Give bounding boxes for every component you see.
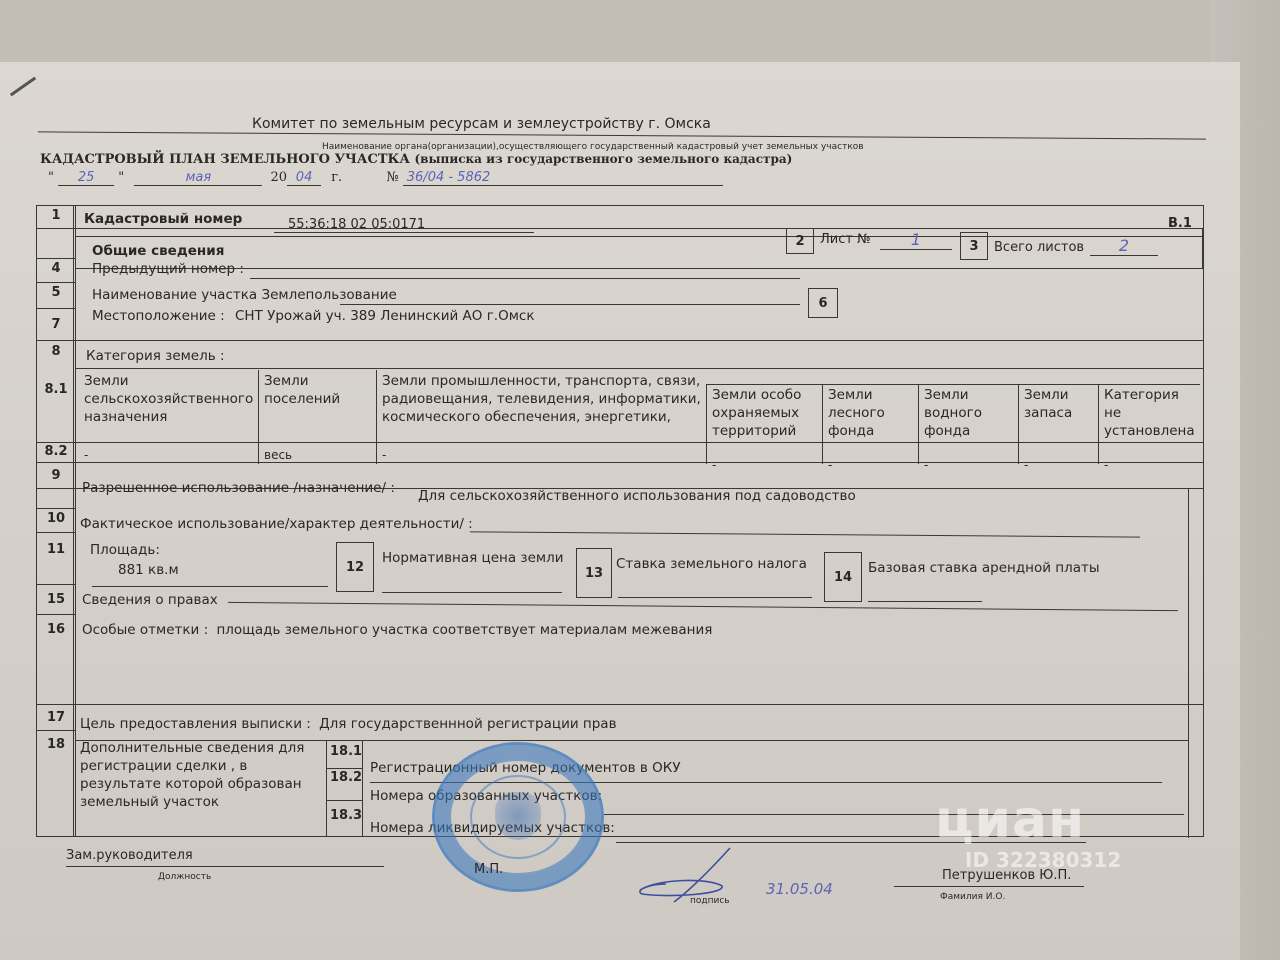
row-number-13: 13 — [576, 548, 612, 598]
row-number-5: 5 — [36, 285, 76, 300]
total-sheets-value: 2 — [1090, 236, 1158, 256]
category-header: Земли водного фонда — [924, 386, 1016, 440]
category-value: - — [712, 456, 716, 474]
position-caption: Должность — [158, 872, 211, 882]
land-tax-field — [618, 597, 812, 598]
cadastral-number-label: Кадастровый номер — [84, 211, 242, 227]
permitted-use-value: Для сельскохозяйственного использования … — [418, 488, 856, 504]
document-number: 36/04 - 5862 — [403, 170, 723, 186]
category-value: - — [84, 446, 88, 464]
normative-price-label: Нормативная цена земли — [382, 550, 564, 566]
committee-caption: Наименование органа(организации),осущест… — [322, 142, 864, 152]
row-number-8-1: 8.1 — [36, 382, 76, 397]
name-caption: Фамилия И.О. — [940, 892, 1005, 902]
previous-number-field — [250, 278, 800, 279]
row-number-4: 4 — [36, 261, 76, 276]
additional-info-label: Дополнительные сведения для регистрации … — [80, 739, 330, 811]
category-header: Земли лесного фонда — [828, 386, 916, 440]
permitted-use-label: Разрешенное использование /назначение/ : — [82, 480, 395, 496]
row-number-6: 6 — [808, 288, 838, 318]
watermark-id: ID 322380312 — [965, 848, 1121, 872]
row-number-14: 14 — [824, 552, 862, 602]
row-number-2: 2 — [786, 228, 814, 254]
area-label: Площадь: — [90, 542, 160, 558]
formed-plots-field — [604, 814, 1184, 815]
number-label: № — [386, 170, 398, 185]
watermark: циан — [935, 790, 1085, 850]
category-value: - — [382, 446, 386, 464]
base-rent-label: Базовая ставка арендной платы — [868, 560, 1100, 576]
committee-name: Комитет по земельным ресурсам и землеуст… — [252, 116, 711, 132]
row-number-15: 15 — [36, 592, 76, 607]
row-number-8: 8 — [36, 344, 76, 359]
position-value: Зам.руководителя — [66, 848, 193, 863]
sheet-number-label: Лист № — [820, 232, 871, 247]
category-header: Земли промышленности, транспорта, связи,… — [382, 372, 704, 426]
actual-use-label: Фактическое использование/характер деяте… — [80, 516, 473, 532]
total-sheets-label: Всего листов — [994, 240, 1084, 255]
special-notes-label: Особые отметки : — [82, 622, 208, 638]
row-number-18-1: 18.1 — [330, 744, 362, 759]
category-value: весь — [264, 446, 292, 464]
signature-caption: подпись — [690, 896, 730, 906]
plot-name-label: Наименование участка — [92, 287, 257, 303]
row-number-18-3: 18.3 — [330, 808, 362, 823]
location-value: СНТ Урожай уч. 389 Ленинский АО г.Омск — [235, 308, 535, 324]
watermark-logo: циан — [935, 790, 1085, 850]
stamp-place-label: М.П. — [474, 862, 503, 877]
area-value: 881 кв.м — [118, 562, 179, 578]
category-header: Категория не установлена — [1104, 386, 1196, 440]
category-value: - — [1104, 456, 1108, 474]
row-number-11: 11 — [36, 542, 76, 557]
category-value: - — [1024, 456, 1028, 474]
document-title: КАДАСТРОВЫЙ ПЛАН ЗЕМЕЛЬНОГО УЧАСТКА (вып… — [40, 152, 792, 167]
cadastral-number-value: 55:36:18 02 05:0171 — [274, 217, 534, 233]
row-number-10: 10 — [36, 511, 76, 526]
title-subtitle: (выписка из государственного земельного … — [414, 152, 792, 166]
plot-name-value: Землепользование — [261, 287, 396, 303]
previous-number-label: Предыдущий номер : — [92, 261, 244, 277]
year-suffix: 04 — [287, 170, 321, 186]
land-category-label: Категория земель : — [86, 348, 225, 364]
date-month: мая — [134, 170, 262, 186]
land-tax-label: Ставка земельного налога — [616, 556, 807, 572]
category-header: Земли сельскохозяйственного назначения — [84, 372, 256, 426]
row-number-12: 12 — [336, 542, 374, 592]
row-number-1: 1 — [36, 208, 76, 223]
category-header: Земли поселений — [264, 372, 374, 408]
special-notes-value: площадь земельного участка соответствует… — [216, 622, 712, 638]
location-label: Местоположение : — [92, 308, 225, 324]
general-info-heading: Общие сведения — [92, 243, 224, 259]
row-number-16: 16 — [36, 622, 76, 637]
coat-of-arms-icon — [495, 792, 541, 840]
sheet-number-value: 1 — [880, 230, 952, 250]
row-number-7: 7 — [36, 317, 76, 332]
row-number-3: 3 — [960, 232, 988, 260]
category-header: Земли запаса — [1024, 386, 1096, 422]
row-number-18: 18 — [36, 737, 76, 752]
row-number-18-2: 18.2 — [330, 770, 362, 785]
year-unit: г. — [331, 170, 342, 185]
base-rent-field — [868, 601, 982, 602]
date-day: 25 — [58, 170, 114, 186]
normative-price-field — [382, 592, 562, 593]
row-number-8-2: 8.2 — [36, 444, 76, 459]
row-number-17: 17 — [36, 710, 76, 725]
category-value: - — [924, 456, 928, 474]
background-top — [0, 0, 1280, 70]
row-number-9: 9 — [36, 468, 76, 483]
category-header: Земли особо охраняемых территорий — [712, 386, 820, 440]
rights-label: Сведения о правах — [82, 592, 218, 608]
date-row: " 25 " мая 2004 г. № 36/04 - 5862 — [48, 170, 723, 186]
title-main: КАДАСТРОВЫЙ ПЛАН ЗЕМЕЛЬНОГО УЧАСТКА — [40, 152, 410, 167]
purpose-label: Цель предоставления выписки : — [80, 716, 311, 732]
category-value: - — [828, 456, 832, 474]
purpose-value: Для государственнной регистрации прав — [319, 716, 616, 732]
signature-date: 31.05.04 — [766, 880, 833, 898]
year-prefix: 20 — [271, 170, 288, 185]
